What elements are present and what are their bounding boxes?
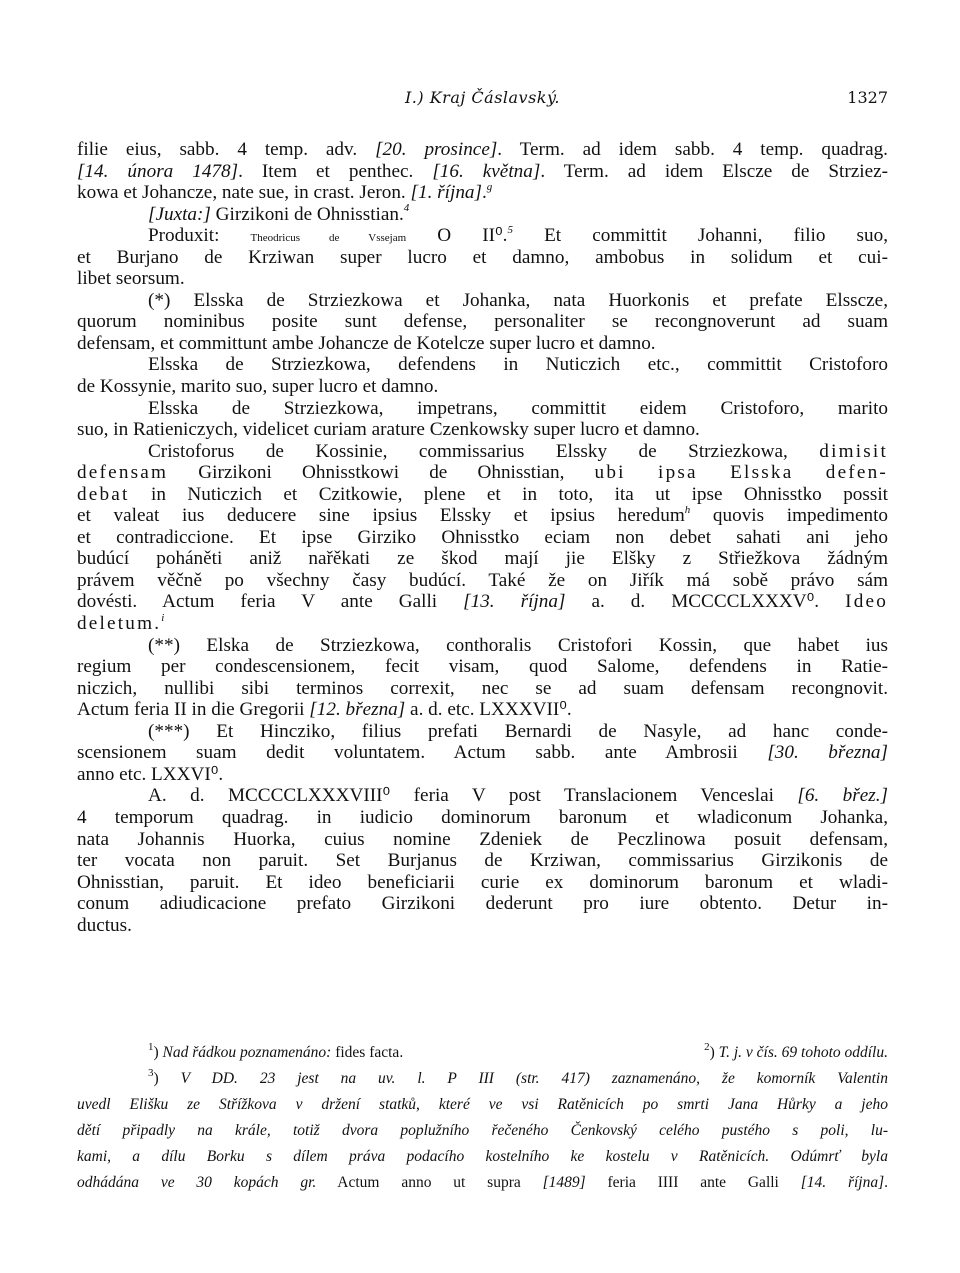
footnote-line: 3) V DD. 23 jest na uv. l. P III (str. 4… <box>77 1066 888 1092</box>
footnote-ref: 5 <box>507 224 513 236</box>
text-run: defensam, et committunt ambe Johancze de… <box>77 333 656 354</box>
text-line: ductus. <box>77 915 888 937</box>
text-line: [14. února 1478]. Item et penthec. [16. … <box>77 161 888 183</box>
italic-text: [14. února 1478] <box>77 161 238 182</box>
text-run: . Term. ad idem sabb. 4 temp. quadrag. <box>497 139 888 160</box>
footnote-ref: g <box>487 181 493 193</box>
text-run: a. d. MCCCCLXXXV⁰. <box>565 591 845 612</box>
text-line: Cristoforus de Kossinie, commissarius El… <box>77 441 888 463</box>
text-line: (*) Elsska de Strziezkowa et Johanka, na… <box>77 290 888 312</box>
footnote-line: kami, a dílu Borku s dílem práva podacíh… <box>77 1144 888 1170</box>
text-line: scensionem suam dedit voluntatem. Actum … <box>77 742 888 764</box>
text-line: debat in Nuticzich et Czitkowie, plene e… <box>77 484 888 506</box>
italic-text: [1. října] <box>411 182 482 203</box>
text-line: Ohnisstian, paruit. Et ideo beneficiarii… <box>77 872 888 894</box>
footnote-number: 2 <box>704 1041 710 1053</box>
italic-text: kami, a dílu Borku s dílem práva podacíh… <box>77 1148 888 1165</box>
text-run: ubi ipsa Elsska defen- <box>595 462 888 483</box>
text-line: et valeat ius deducere sine ipsius Elssk… <box>77 505 888 527</box>
text-line: dovésti. Actum feria V ante Galli [13. ř… <box>77 591 888 613</box>
footnote-number: 3 <box>148 1067 154 1079</box>
footnote-ref: h <box>685 504 691 516</box>
text-run: (**) Elska de Strziezkowa, conthoralis C… <box>148 635 888 656</box>
text-line: suo, in Ratieniczych, videlicet curiam a… <box>77 419 888 441</box>
text-run: niczich, nullibi sibi terminos correxit,… <box>77 678 888 699</box>
text-run: ductus. <box>77 915 132 936</box>
text-run: (*) Elsska de Strziezkowa et Johanka, na… <box>148 290 888 311</box>
footnote-ref: i <box>161 612 164 624</box>
text-run: A. d. MCCCCLXXXVIII⁰ feria V post Transl… <box>148 785 797 806</box>
text-line: defensam, et committunt ambe Johancze de… <box>77 333 888 355</box>
text-line: et Burjano de Krziwan super lucro et dam… <box>77 247 888 269</box>
footnote-line: dětí připadly na krále, totiž dvora popl… <box>77 1118 888 1144</box>
text-run: Produxit: <box>148 225 251 246</box>
footnote-number: 1 <box>148 1041 154 1053</box>
italic-text: [6. břez.] <box>797 785 888 806</box>
main-text: filie eius, sabb. 4 temp. adv. [20. pros… <box>77 139 888 936</box>
text-run: . Term. ad idem Elscze de Strziez- <box>540 161 888 182</box>
text-line: nata Johannis Huorka, cuius nomine Zdeni… <box>77 829 888 851</box>
document-page: I.) Kraj Čáslavský. 1327 filie eius, sab… <box>0 0 960 1273</box>
text-run: deletum. <box>77 613 161 634</box>
text-run: debat <box>77 484 130 505</box>
text-run: feria IIII ante Galli <box>586 1174 801 1191</box>
page-header: I.) Kraj Čáslavský. 1327 <box>77 88 888 112</box>
italic-text: [30. března] <box>767 742 888 763</box>
italic-text: [1489] <box>543 1174 586 1191</box>
text-line: defensam Girzikoni Ohnisstkowi de Ohniss… <box>77 462 888 484</box>
text-run: de Kossynie, marito suo, super lucro et … <box>77 376 438 397</box>
footnote-3: 3) V DD. 23 jest na uv. l. P III (str. 4… <box>77 1066 888 1196</box>
text-run: defensam <box>77 462 168 483</box>
italic-text: V DD. 23 jest na uv. l. P III (str. 417)… <box>181 1070 888 1087</box>
text-run: et Burjano de Krziwan super lucro et dam… <box>77 247 888 268</box>
text-run: Ohnisstian, paruit. Et ideo beneficiarii… <box>77 872 888 893</box>
text-line: [Juxta:] Girzikoni de Ohnisstian.4 <box>77 204 888 226</box>
text-run: et contradiccione. Et ipse Girziko Ohnis… <box>77 527 888 548</box>
text-run: 4 temporum quadrag. in iudicio dominorum… <box>77 807 888 828</box>
text-run: Ideo <box>845 591 888 612</box>
footnote-2: 2) T. j. v čís. 69 tohoto oddílu. <box>704 1040 888 1066</box>
italic-text: [14. října] <box>801 1174 884 1191</box>
text-line: právem věčně po všechny časy budúcí. Tak… <box>77 570 888 592</box>
text-run: fides facta. <box>331 1044 403 1061</box>
footnote-line: odhádána ve 30 kopách gr. Actum anno ut … <box>77 1170 888 1196</box>
text-line: deletum.i <box>77 613 888 635</box>
italic-text: uvedl Elišku ze Střížkova v držení statk… <box>77 1096 888 1113</box>
italic-text: [12. března] <box>309 699 405 720</box>
italic-text: [20. prosince] <box>375 139 497 160</box>
text-run: Actum anno ut supra <box>316 1174 542 1191</box>
text-line: filie eius, sabb. 4 temp. adv. [20. pros… <box>77 139 888 161</box>
text-run: dimisit <box>819 441 888 462</box>
text-line: budúcí poháněti aniž nařěkati ze škod ma… <box>77 548 888 570</box>
italic-text: [16. května] <box>432 161 540 182</box>
text-run: Cristoforus de Kossinie, commissarius El… <box>148 441 819 462</box>
text-run: nata Johannis Huorka, cuius nomine Zdeni… <box>77 829 888 850</box>
text-run: Girzikoni Ohnisstkowi de Ohnisstian, <box>168 462 594 483</box>
text-line: Actum feria II in die Gregorii [12. břez… <box>77 699 888 721</box>
text-run: quovis impedimento <box>690 505 888 526</box>
italic-text: [13. října] <box>463 591 565 612</box>
text-line: niczich, nullibi sibi terminos correxit,… <box>77 678 888 700</box>
text-line: anno etc. LXXVI⁰. <box>77 764 888 786</box>
footnote-ref: 4 <box>404 202 410 214</box>
footnotes: 1) Nad řádkou poznamenáno: fides facta. … <box>77 1040 888 1196</box>
text-line: quorum nominibus posite sunt defense, pe… <box>77 311 888 333</box>
text-run: Actum feria II in die Gregorii <box>77 699 309 720</box>
italic-text: T. j. v čís. 69 tohoto oddílu. <box>719 1044 888 1061</box>
text-run: scensionem suam dedit voluntatem. Actum … <box>77 742 767 763</box>
text-run: Girzikoni de Ohnisstian. <box>211 204 404 225</box>
text-run: . Item et penthec. <box>238 161 432 182</box>
text-run: . <box>884 1174 888 1191</box>
text-run: anno etc. LXXVI⁰. <box>77 764 223 785</box>
text-run: a. d. etc. LXXXVII⁰. <box>405 699 571 720</box>
footnote-line: uvedl Elišku ze Střížkova v držení statk… <box>77 1092 888 1118</box>
text-line: (**) Elska de Strziezkowa, conthoralis C… <box>77 635 888 657</box>
text-run: quorum nominibus posite sunt defense, pe… <box>77 311 888 332</box>
text-run: libet seorsum. <box>77 268 185 289</box>
text-run: (***) Et Hincziko, filius prefati Bernar… <box>148 721 888 742</box>
text-run: Elsska de Strziezkowa, impetrans, commit… <box>148 398 888 419</box>
running-title: I.) Kraj Čáslavský. <box>77 88 888 107</box>
text-run: filie eius, sabb. 4 temp. adv. <box>77 139 375 160</box>
text-run: conum adiudicacione prefato Girzikoni de… <box>77 893 888 914</box>
text-run: kowa et Johancze, nate sue, in crast. Je… <box>77 182 411 203</box>
italic-text: [Juxta:] <box>148 204 211 225</box>
italic-text: odhádána ve 30 kopách gr. <box>77 1174 316 1191</box>
text-run: in Nuticzich et Czitkowie, plene et in t… <box>130 484 888 505</box>
text-run: dovésti. Actum feria V ante Galli <box>77 591 463 612</box>
italic-text: Nad řádkou poznamenáno: <box>163 1044 332 1061</box>
text-line: kowa et Johancze, nate sue, in crast. Je… <box>77 182 888 204</box>
text-line: conum adiudicacione prefato Girzikoni de… <box>77 893 888 915</box>
text-line: regium per condescensionem, fecit visam,… <box>77 656 888 678</box>
footnote-row-1-2: 1) Nad řádkou poznamenáno: fides facta. … <box>77 1040 888 1066</box>
text-line: (***) Et Hincziko, filius prefati Bernar… <box>77 721 888 743</box>
page-number: 1327 <box>847 88 888 107</box>
text-line: de Kossynie, marito suo, super lucro et … <box>77 376 888 398</box>
text-run: Elsska de Strziezkowa, defendens in Nuti… <box>148 354 888 375</box>
text-run: O II⁰. <box>406 225 507 246</box>
text-run: ter vocata non paruit. Set Burjanus de K… <box>77 850 888 871</box>
footnote-1: 1) Nad řádkou poznamenáno: fides facta. <box>148 1040 403 1066</box>
text-run: Et committit Johanni, filio suo, <box>513 225 888 246</box>
text-line: Elsska de Strziezkowa, impetrans, commit… <box>77 398 888 420</box>
text-run: suo, in Ratieniczych, videlicet curiam a… <box>77 419 700 440</box>
text-line: et contradiccione. Et ipse Girziko Ohnis… <box>77 527 888 549</box>
text-run: právem věčně po všechny časy budúcí. Tak… <box>77 570 888 591</box>
text-line: libet seorsum. <box>77 268 888 290</box>
text-line: Produxit: Theodricus de Vssejam O II⁰.5 … <box>77 225 888 247</box>
text-line: ter vocata non paruit. Set Burjanus de K… <box>77 850 888 872</box>
text-line: A. d. MCCCCLXXXVIII⁰ feria V post Transl… <box>77 785 888 807</box>
text-run: regium per condescensionem, fecit visam,… <box>77 656 888 677</box>
text-run: Theodricus de Vssejam <box>251 232 407 244</box>
text-line: 4 temporum quadrag. in iudicio dominorum… <box>77 807 888 829</box>
text-run: budúcí poháněti aniž nařěkati ze škod ma… <box>77 548 888 569</box>
text-line: Elsska de Strziezkowa, defendens in Nuti… <box>77 354 888 376</box>
italic-text: dětí připadly na krále, totiž dvora popl… <box>77 1122 888 1139</box>
text-run: et valeat ius deducere sine ipsius Elssk… <box>77 505 685 526</box>
